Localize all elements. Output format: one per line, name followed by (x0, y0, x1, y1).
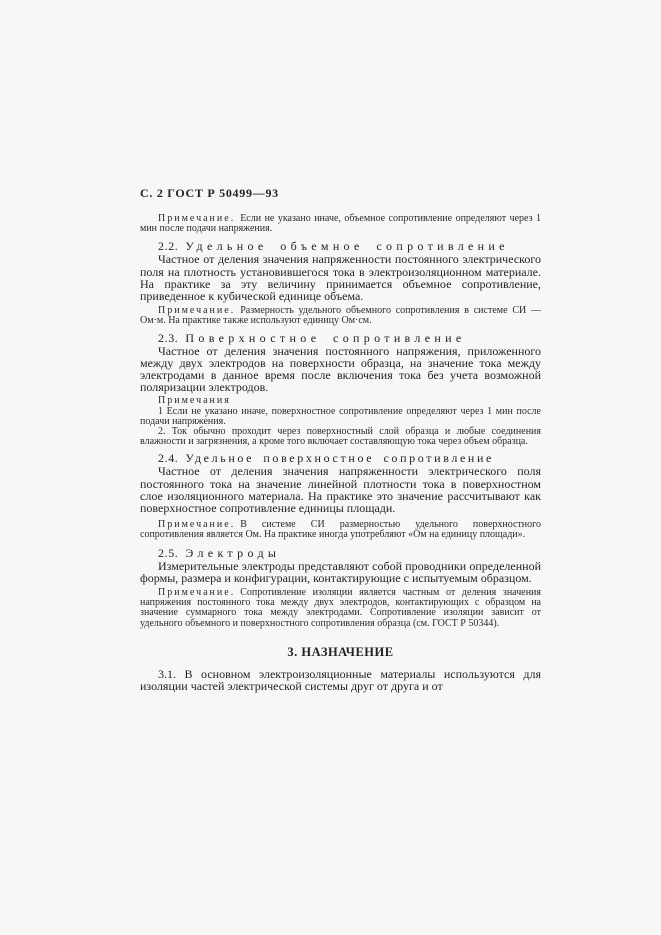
paragraph-2-3: Частное от деления значения постоянного … (140, 345, 541, 394)
paragraph-2-4: Частное от деления значения напряженност… (140, 465, 541, 514)
section-title: Удельное поверхностное сопротивление (185, 451, 494, 465)
note-2-5: Примечание.Сопротивление изоляции являет… (140, 588, 541, 629)
page-header: С. 2 ГОСТ Р 50499—93 (140, 186, 541, 201)
chapter-heading-3: 3. НАЗНАЧЕНИЕ (140, 646, 541, 658)
section-number: 2.2. (158, 239, 178, 253)
scanned-document-page: С. 2 ГОСТ Р 50499—93 Примечание.Если не … (0, 0, 661, 935)
note-2-2: Примечание.Размерность удельного объемно… (140, 306, 541, 326)
section-title: Электроды (185, 546, 280, 560)
note-intro: Примечание.Если не указано иначе, объемн… (140, 214, 541, 234)
note-2-3-item-2: 2. Ток обычно проходит через поверхностн… (140, 427, 541, 447)
note-2-3-item-1: 1 Если не указано иначе, поверхностное с… (140, 407, 541, 427)
section-heading-2-5: 2.5.Электроды (140, 547, 541, 560)
section-heading-2-3: 2.3.Поверхностное сопротивление (140, 332, 541, 345)
section-title: Поверхностное сопротивление (185, 331, 465, 345)
text-column: С. 2 ГОСТ Р 50499—93 Примечание.Если не … (140, 186, 541, 693)
paragraph-2-5: Измерительные электроды представляют соб… (140, 560, 541, 584)
section-number: 2.4. (158, 451, 178, 465)
note-label: Примечания (158, 395, 231, 406)
paragraph-2-2: Частное от деления значения напряженност… (140, 253, 541, 302)
section-number: 2.3. (158, 331, 178, 345)
section-number: 2.5. (158, 546, 178, 560)
section-title: Удельное объемное сопротивление (185, 239, 508, 253)
note-2-4: Примечание.В системе СИ размерностью уде… (140, 520, 541, 540)
paragraph-3-1: 3.1. В основном электроизоляционные мате… (140, 668, 541, 692)
